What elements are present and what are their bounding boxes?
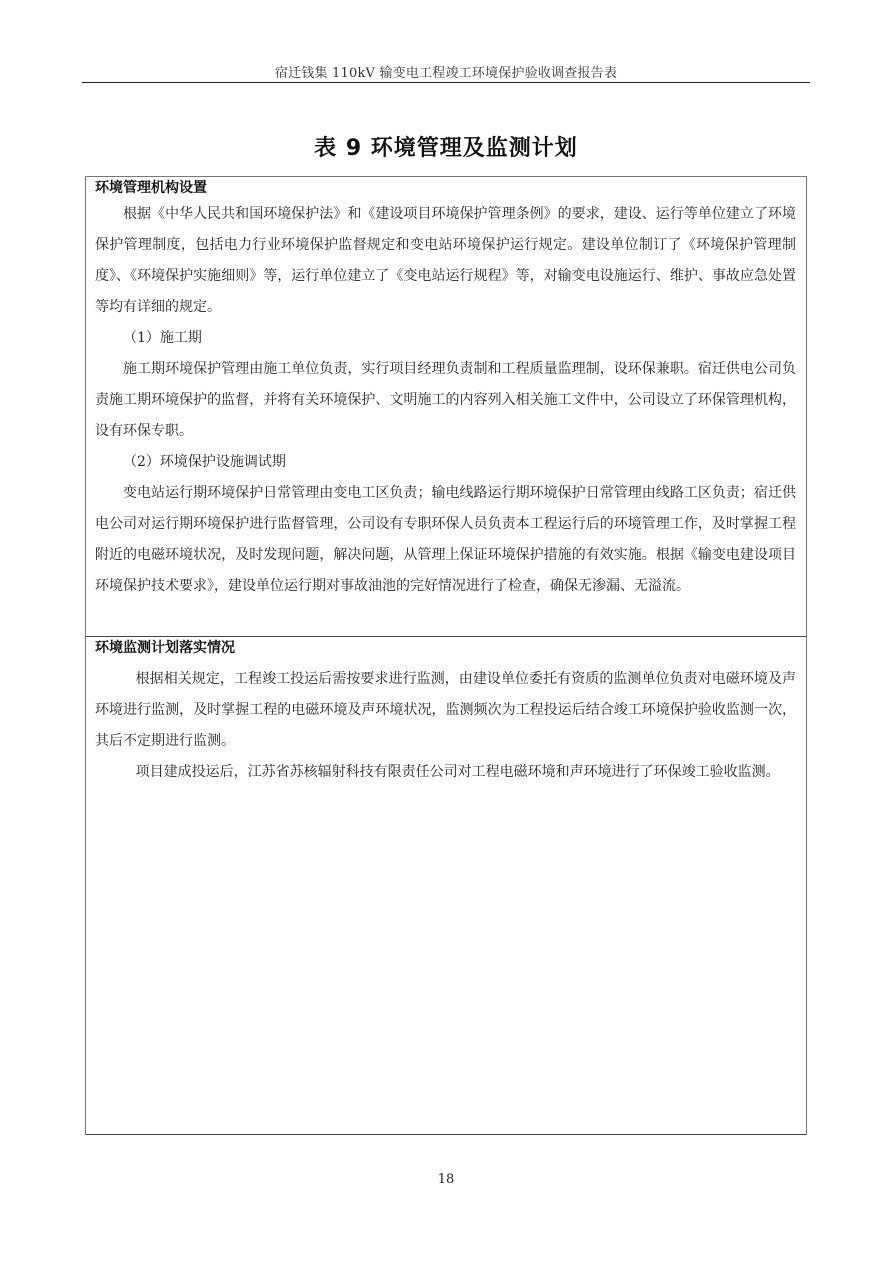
subheading-commissioning-period: （2）环境保护设施调试期 — [95, 447, 796, 478]
paragraph: 项目建成投运后，江苏省苏核辐射科技有限责任公司对工程电磁环境和声环境进行了环保竣… — [95, 757, 796, 788]
running-header: 宿迁钱集 110kV 输变电工程竣工环境保护验收调查报告表 — [82, 62, 810, 81]
header-rule — [82, 82, 810, 83]
section-body: 根据《中华人民共和国环境保护法》和《建设项目环境保护管理条例》的要求，建设、运行… — [95, 199, 796, 602]
section-body: 根据相关规定，工程竣工投运后需按要求进行监测，由建设单位委托有资质的监测单位负责… — [95, 664, 796, 788]
paragraph: 施工期环境保护管理由施工单位负责，实行项目经理负责制和工程质量监理制，设环保兼职… — [95, 354, 796, 447]
content-table: 环境管理机构设置 根据《中华人民共和国环境保护法》和《建设项目环境保护管理条例》… — [85, 176, 807, 1135]
section-heading: 环境管理机构设置 — [95, 178, 796, 198]
page-title: 表 9 环境管理及监测计划 — [0, 131, 892, 162]
section-heading: 环境监测计划落实情况 — [95, 638, 796, 658]
subheading-construction-period: （1）施工期 — [95, 323, 796, 354]
paragraph: 根据《中华人民共和国环境保护法》和《建设项目环境保护管理条例》的要求，建设、运行… — [95, 199, 796, 323]
section-environmental-management-organization: 环境管理机构设置 根据《中华人民共和国环境保护法》和《建设项目环境保护管理条例》… — [86, 177, 806, 637]
paragraph: 根据相关规定，工程竣工投运后需按要求进行监测，由建设单位委托有资质的监测单位负责… — [95, 664, 796, 757]
page-number: 18 — [0, 1172, 892, 1187]
paragraph: 变电站运行期环境保护日常管理由变电工区负责；输电线路运行期环境保护日常管理由线路… — [95, 478, 796, 602]
section-monitoring-plan-implementation: 环境监测计划落实情况 根据相关规定，工程竣工投运后需按要求进行监测，由建设单位委… — [86, 637, 806, 1135]
